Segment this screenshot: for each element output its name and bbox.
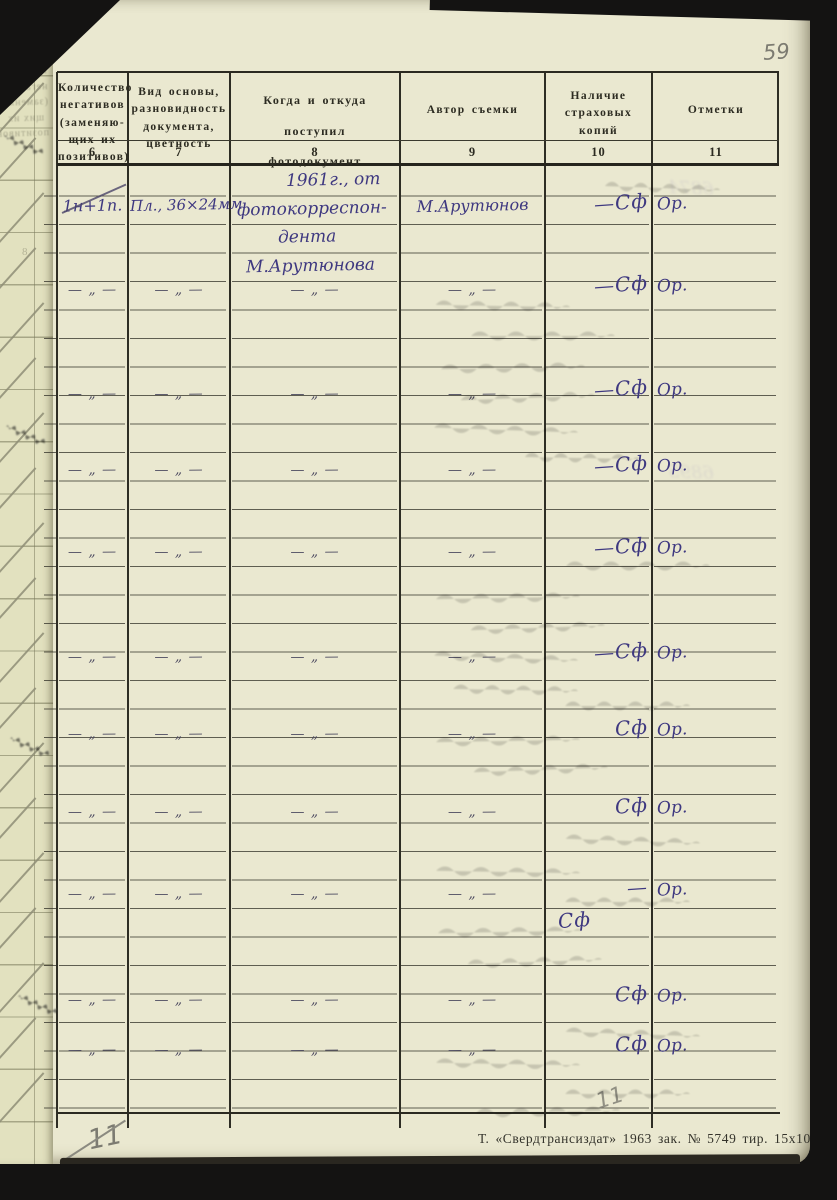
column-border <box>651 72 653 1128</box>
cell-negatives: — „ — <box>58 649 127 666</box>
cell-marks: Ор. <box>656 379 687 401</box>
column-number-7: 7 <box>129 145 229 160</box>
ruled-lines <box>59 168 125 1126</box>
cell-base: — „ — <box>130 385 228 402</box>
scan-bottom-void <box>0 1164 837 1200</box>
cell-marks: Ор. <box>656 537 687 559</box>
bleed-through-number: 6895 <box>668 461 715 484</box>
cell-received: — „ — <box>232 648 398 666</box>
bleed-through-handwriting <box>520 451 640 467</box>
page-number: 59 <box>762 39 790 65</box>
cell-base: — „ — <box>130 885 228 902</box>
column-number-10: 10 <box>546 145 651 160</box>
column-header-9: Автор съемки <box>401 102 544 119</box>
crossed-out-mark <box>0 467 36 523</box>
bleed-through-handwriting <box>432 925 582 942</box>
cell-author: — „ — <box>402 803 543 820</box>
crossed-out-mark <box>0 247 36 303</box>
column-number-11: 11 <box>653 145 779 160</box>
bleed-through-handwriting <box>430 734 580 751</box>
cell-received: — „ — <box>232 385 398 403</box>
cell-negatives: — „ — <box>58 1042 127 1059</box>
cell-negatives: — „ — <box>58 804 127 821</box>
crossed-out-mark <box>0 192 44 248</box>
crossed-out-mark <box>0 522 44 578</box>
column-number-8: 8 <box>231 145 399 160</box>
cell-marks: Ор. <box>656 985 687 1007</box>
cell-negatives: — „ — <box>58 726 127 743</box>
bleed-through-handwriting <box>560 896 690 910</box>
cell-negatives: — „ — <box>58 992 127 1009</box>
cell-base: — „ — <box>130 803 228 820</box>
column-header-8: Когда и откуда поступил фотодокумент <box>231 85 399 177</box>
cell-received: — „ — <box>232 543 398 561</box>
cell-base: Пл., 36×24мм <box>130 195 228 215</box>
cell-author: — „ — <box>402 281 543 298</box>
cell-base: — „ — <box>130 543 228 560</box>
bleed-through-handwriting <box>560 700 690 714</box>
crossed-out-mark <box>0 1017 36 1073</box>
cell-received: — „ — <box>232 281 398 299</box>
cell-received-line: М.Арутюнова <box>246 254 375 277</box>
column-number-6: 6 <box>58 145 127 160</box>
cell-negatives: — „ — <box>58 544 127 561</box>
cell-author: — „ — <box>402 991 543 1008</box>
cell-negatives: — „ — <box>58 886 127 903</box>
bleed-through-handwriting <box>560 1088 690 1102</box>
crossed-out-mark <box>0 632 44 688</box>
column-header-11: Отметки <box>653 102 779 119</box>
cell-author: — „ — <box>402 543 543 560</box>
cell-negatives: — „ — <box>58 386 127 403</box>
crossed-out-mark <box>0 302 44 358</box>
crossed-out-mark <box>0 577 36 633</box>
column-border <box>229 72 231 1128</box>
crossed-out-mark <box>0 907 36 963</box>
cell-received: — „ — <box>232 803 398 821</box>
column-number-9: 9 <box>401 145 544 160</box>
cell-base: — „ — <box>130 1041 228 1058</box>
cell-received: — „ — <box>232 725 398 743</box>
ruled-lines <box>232 168 397 1126</box>
printer-imprint: Т. «Свердтрансиздат» 1963 зак. № 5749 ти… <box>478 1131 818 1147</box>
cell-base: — „ — <box>130 991 228 1008</box>
column-border <box>56 72 58 1128</box>
column-header-7: Вид основы, разновидность документа, цве… <box>129 84 229 153</box>
cell-author: М.Арутюнов <box>402 195 543 217</box>
cell-received: — „ — <box>232 1041 398 1059</box>
ruled-lines <box>130 168 226 1126</box>
cell-base: — „ — <box>130 281 228 298</box>
cell-author: — „ — <box>402 885 543 902</box>
column-header-10: Наличие страховых копий <box>546 88 651 140</box>
bleed-through-handwriting <box>430 1057 580 1074</box>
bleed-through-handwriting <box>448 683 578 699</box>
bleed-through-handwriting <box>435 361 585 378</box>
cell-negatives: — „ — <box>58 282 127 299</box>
cell-marks: Ор. <box>656 275 687 297</box>
scan-right-void <box>810 0 837 1200</box>
cell-base: — „ — <box>130 648 228 665</box>
bleed-through-handwriting <box>430 299 570 315</box>
header-bottom-border <box>57 163 779 166</box>
bleed-through-handwriting <box>430 865 580 882</box>
bleed-through-handwriting <box>560 560 710 574</box>
cell-received-line: фотокорреспон- <box>237 197 387 220</box>
crossed-out-mark <box>0 357 36 413</box>
cell-author: — „ — <box>402 1041 543 1058</box>
column-border <box>127 72 129 1128</box>
cell-received-line: 1961г., от <box>286 169 381 191</box>
cell-base: — „ — <box>130 725 228 742</box>
bleed-through-handwriting <box>470 1105 620 1122</box>
cell-received: — „ — <box>232 885 398 903</box>
ruled-lines <box>44 168 56 1126</box>
cell-base: — „ — <box>130 461 228 478</box>
cell-negatives: — „ — <box>58 462 127 479</box>
cell-marks: Ор. <box>656 797 687 819</box>
crossed-out-mark <box>0 1072 44 1128</box>
cell-received: — „ — <box>232 991 398 1009</box>
crossed-out-mark <box>0 797 36 853</box>
crossed-out-mark <box>0 852 44 908</box>
crossed-out-mark <box>0 687 36 743</box>
cell-marks: Ор. <box>656 642 687 664</box>
table-top-border <box>57 71 779 73</box>
cell-received: — „ — <box>232 461 398 479</box>
cell-received-line: дента <box>278 226 337 247</box>
bleed-through-handwriting <box>430 591 580 608</box>
bleed-through-handwriting <box>465 330 615 344</box>
cell-marks: Ор. <box>656 719 687 741</box>
